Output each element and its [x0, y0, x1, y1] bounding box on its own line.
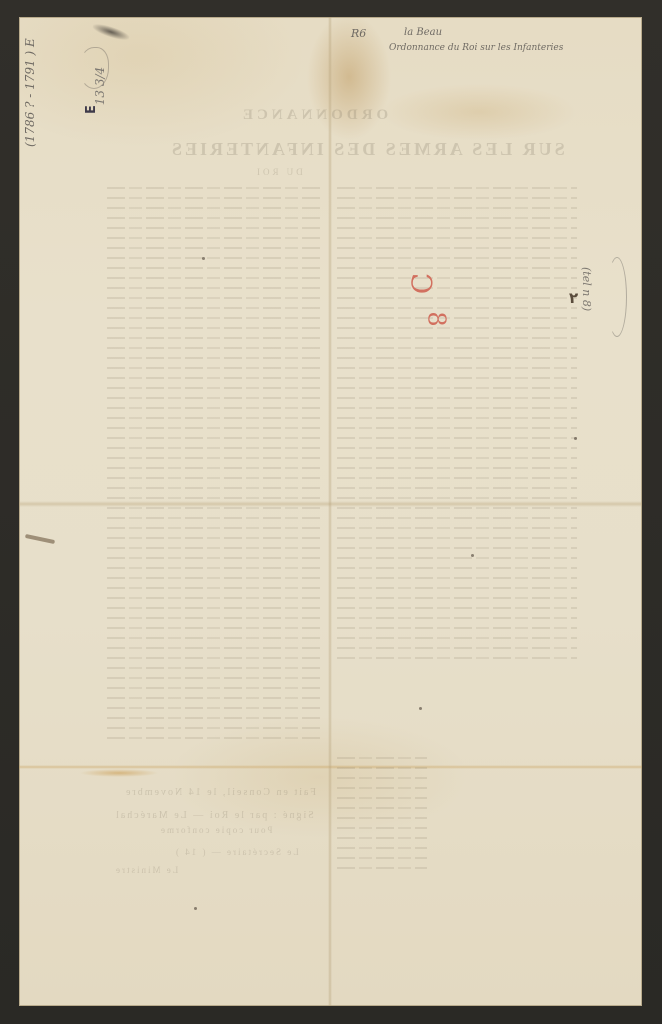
showthrough-footer-line-1: Fait en Conseil, le 14 Novembre	[124, 787, 316, 798]
pencil-date-annotation: (1786 ? - 1791 ) E	[23, 27, 37, 147]
archive-stamp-e: E	[84, 105, 99, 114]
pencil-bracket-mark	[607, 257, 627, 337]
showthrough-title-line-2: SUR LES ARMES DES INFANTERIES	[169, 139, 565, 160]
ink-mark: ٢	[569, 289, 578, 307]
showthrough-footer-line-2: Signé : par le Roi — Le Maréchal	[114, 810, 314, 821]
speck	[202, 257, 205, 260]
showthrough-body-column-left	[107, 187, 322, 777]
pencil-top-annotation-2: la Beau	[404, 27, 442, 38]
red-crayon-c-mark: C	[406, 273, 439, 294]
ink-smudge	[91, 21, 130, 42]
pencil-right-annotation: (tel n 8)	[580, 267, 593, 311]
edge-stain	[25, 534, 55, 544]
showthrough-subtitle: DU ROI	[254, 167, 303, 177]
speck	[419, 707, 422, 710]
speck	[194, 907, 197, 910]
showthrough-footer-line-5: Le Ministre	[114, 865, 178, 875]
red-crayon-8-mark: 8	[423, 311, 451, 326]
pencil-top-annotation-3: Ordonnance du Roi sur les Infanteries	[389, 43, 563, 53]
document-sheet: ORDONNANCE SUR LES ARMES DES INFANTERIES…	[19, 17, 642, 1006]
speck	[471, 554, 474, 557]
pencil-reference-number: 13 3/4	[93, 67, 107, 105]
foxing-stain	[79, 769, 159, 777]
vertical-fold-line	[328, 17, 332, 1006]
showthrough-footer-line-3: Pour copie conforme	[159, 825, 272, 835]
showthrough-body-column-right-lower	[337, 757, 427, 877]
showthrough-footer-line-4: Le Secrétaire — ( 14 )	[174, 847, 299, 857]
showthrough-title-line-1: ORDONNANCE	[239, 107, 388, 124]
showthrough-body-column-right	[337, 187, 577, 687]
speck	[574, 437, 577, 440]
pencil-top-annotation-1: R6	[351, 27, 366, 40]
